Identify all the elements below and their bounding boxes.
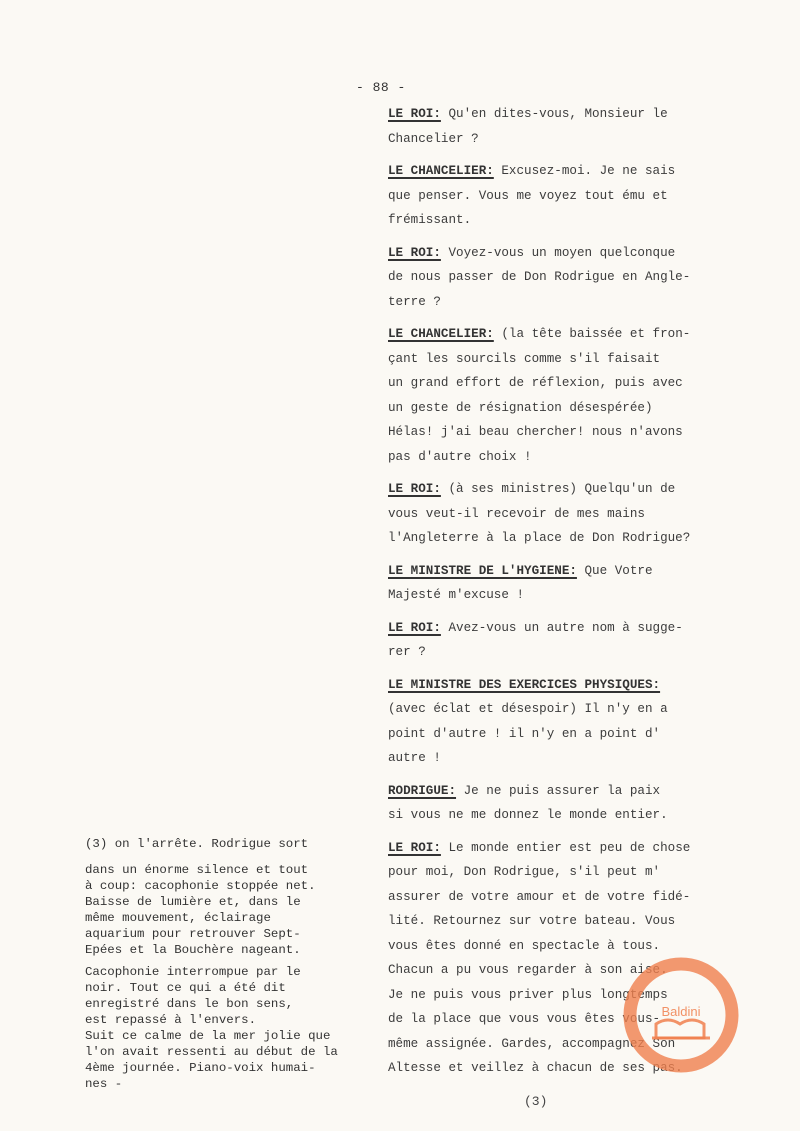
dialogue-line: un grand effort de réflexion, puis avec bbox=[388, 371, 768, 396]
dialogue-line: terre ? bbox=[388, 290, 768, 315]
dialogue-text: Chancelier ? bbox=[388, 132, 479, 146]
dialogue-line: de la place que vous vous êtes vous- bbox=[388, 1007, 768, 1032]
stage-note-line: Suit ce calme de la mer jolie que bbox=[85, 1028, 395, 1044]
dialogue-line: autre ! bbox=[388, 746, 768, 771]
dialogue-line: Je ne puis vous priver plus longtemps bbox=[388, 983, 768, 1008]
dialogue-block: LE CHANCELIER: (la tête baissée et fron-… bbox=[388, 322, 768, 469]
dialogue-text: de la place que vous vous êtes vous- bbox=[388, 1012, 660, 1026]
dialogue-text: Hélas! j'ai beau chercher! nous n'avons bbox=[388, 425, 683, 439]
stage-note-line: dans un énorme silence et tout bbox=[85, 862, 395, 878]
stage-note-line: nes - bbox=[85, 1076, 395, 1092]
page-number: - 88 - bbox=[356, 80, 406, 95]
dialogue-text: Chacun a pu vous regarder à son aise. bbox=[388, 963, 668, 977]
dialogue-line: vous êtes donné en spectacle à tous. bbox=[388, 934, 768, 959]
stage-note-line: noir. Tout ce qui a été dit bbox=[85, 980, 395, 996]
speaker-name: LE ROI: bbox=[388, 482, 441, 496]
dialogue-block: LE MINISTRE DES EXERCICES PHYSIQUES:(ave… bbox=[388, 673, 768, 771]
stage-note-first-line: (3) on l'arrête. Rodrigue sort bbox=[85, 834, 395, 854]
dialogue-line: LE ROI: Voyez-vous un moyen quelconque bbox=[388, 241, 768, 266]
dialogue-line: LE ROI: Qu'en dites-vous, Monsieur le bbox=[388, 102, 768, 127]
stage-note-paragraph: dans un énorme silence et toutà coup: ca… bbox=[85, 862, 395, 958]
stage-notes: (3) on l'arrête. Rodrigue sort dans un é… bbox=[85, 834, 395, 1098]
stage-note-line: aquarium pour retrouver Sept- bbox=[85, 926, 395, 942]
dialogue-line: RODRIGUE: Je ne puis assurer la paix bbox=[388, 779, 768, 804]
dialogue-text: point d'autre ! il n'y en a point d' bbox=[388, 727, 660, 741]
stage-note-line: Epées et la Bouchère nageant. bbox=[85, 942, 395, 958]
dialogue-text: vous veut-il recevoir de mes mains bbox=[388, 507, 645, 521]
dialogue-block: LE CHANCELIER: Excusez-moi. Je ne saisqu… bbox=[388, 159, 768, 233]
dialogue-column: LE ROI: Qu'en dites-vous, Monsieur leCha… bbox=[388, 102, 768, 1089]
speaker-name: RODRIGUE: bbox=[388, 784, 456, 798]
dialogue-block: LE ROI: (à ses ministres) Quelqu'un devo… bbox=[388, 477, 768, 551]
dialogue-text: Que Votre bbox=[585, 564, 653, 578]
dialogue-line: assurer de votre amour et de votre fidé- bbox=[388, 885, 768, 910]
dialogue-line: (avec éclat et désespoir) Il n'y en a bbox=[388, 697, 768, 722]
dialogue-line: LE ROI: (à ses ministres) Quelqu'un de bbox=[388, 477, 768, 502]
speaker-name: LE ROI: bbox=[388, 621, 441, 635]
dialogue-line: si vous ne me donnez le monde entier. bbox=[388, 803, 768, 828]
dialogue-block: LE ROI: Qu'en dites-vous, Monsieur leCha… bbox=[388, 102, 768, 151]
footnote-marker: (3) bbox=[524, 1094, 547, 1109]
dialogue-line: de nous passer de Don Rodrigue en Angle- bbox=[388, 265, 768, 290]
speaker-name: LE MINISTRE DE L'HYGIENE: bbox=[388, 564, 577, 578]
dialogue-text: Avez-vous un autre nom à sugge- bbox=[448, 621, 682, 635]
dialogue-line: l'Angleterre à la place de Don Rodrigue? bbox=[388, 526, 768, 551]
dialogue-text: que penser. Vous me voyez tout ému et bbox=[388, 189, 668, 203]
dialogue-line: même assignée. Gardes, accompagnez Son bbox=[388, 1032, 768, 1057]
dialogue-text: Voyez-vous un moyen quelconque bbox=[448, 246, 675, 260]
stage-note-line: à coup: cacophonie stoppée net. bbox=[85, 878, 395, 894]
dialogue-line: pas d'autre choix ! bbox=[388, 445, 768, 470]
dialogue-text: Qu'en dites-vous, Monsieur le bbox=[448, 107, 667, 121]
speaker-name: LE MINISTRE DES EXERCICES PHYSIQUES: bbox=[388, 678, 660, 692]
dialogue-line: Majesté m'excuse ! bbox=[388, 583, 768, 608]
dialogue-line: Altesse et veillez à chacun de ses pas. bbox=[388, 1056, 768, 1081]
dialogue-text: un geste de résignation désespérée) bbox=[388, 401, 653, 415]
dialogue-text: lité. Retournez sur votre bateau. Vous bbox=[388, 914, 675, 928]
dialogue-text: assurer de votre amour et de votre fidé- bbox=[388, 890, 690, 904]
dialogue-text: (avec éclat et désespoir) Il n'y en a bbox=[388, 702, 668, 716]
dialogue-text: pour moi, Don Rodrigue, s'il peut m' bbox=[388, 865, 660, 879]
dialogue-line: Hélas! j'ai beau chercher! nous n'avons bbox=[388, 420, 768, 445]
stage-note-line: l'on avait ressenti au début de la bbox=[85, 1044, 395, 1060]
stage-note-line: même mouvement, éclairage bbox=[85, 910, 395, 926]
dialogue-text: (la tête baissée et fron- bbox=[501, 327, 690, 341]
dialogue-text: l'Angleterre à la place de Don Rodrigue? bbox=[388, 531, 690, 545]
speaker-name: LE ROI: bbox=[388, 107, 441, 121]
dialogue-line: point d'autre ! il n'y en a point d' bbox=[388, 722, 768, 747]
dialogue-text: vous êtes donné en spectacle à tous. bbox=[388, 939, 660, 953]
dialogue-block: LE ROI: Voyez-vous un moyen quelconquede… bbox=[388, 241, 768, 315]
stage-note-line: Cacophonie interrompue par le bbox=[85, 964, 395, 980]
dialogue-text: çant les sourcils comme s'il faisait bbox=[388, 352, 660, 366]
stage-note-line: enregistré dans le bon sens, bbox=[85, 996, 395, 1012]
stage-note-line: 4ème journée. Piano-voix humai- bbox=[85, 1060, 395, 1076]
dialogue-line: un geste de résignation désespérée) bbox=[388, 396, 768, 421]
dialogue-text: terre ? bbox=[388, 295, 441, 309]
dialogue-line: çant les sourcils comme s'il faisait bbox=[388, 347, 768, 372]
stage-note-line: est repassé à l'envers. bbox=[85, 1012, 395, 1028]
dialogue-line: frémissant. bbox=[388, 208, 768, 233]
dialogue-line: vous veut-il recevoir de mes mains bbox=[388, 502, 768, 527]
dialogue-block: LE ROI: Le monde entier est peu de chose… bbox=[388, 836, 768, 1081]
speaker-name: LE ROI: bbox=[388, 246, 441, 260]
speaker-name: LE ROI: bbox=[388, 841, 441, 855]
dialogue-line: LE MINISTRE DE L'HYGIENE: Que Votre bbox=[388, 559, 768, 584]
dialogue-line: que penser. Vous me voyez tout ému et bbox=[388, 184, 768, 209]
dialogue-line: Chancelier ? bbox=[388, 127, 768, 152]
dialogue-text: frémissant. bbox=[388, 213, 471, 227]
dialogue-text: rer ? bbox=[388, 645, 426, 659]
dialogue-text: si vous ne me donnez le monde entier. bbox=[388, 808, 668, 822]
dialogue-text: (à ses ministres) Quelqu'un de bbox=[448, 482, 675, 496]
dialogue-line: LE MINISTRE DES EXERCICES PHYSIQUES: bbox=[388, 673, 768, 698]
dialogue-text: Excusez-moi. Je ne sais bbox=[501, 164, 675, 178]
dialogue-line: LE CHANCELIER: Excusez-moi. Je ne sais bbox=[388, 159, 768, 184]
dialogue-block: LE ROI: Avez-vous un autre nom à sugge-r… bbox=[388, 616, 768, 665]
dialogue-text: pas d'autre choix ! bbox=[388, 450, 532, 464]
dialogue-text: Je ne puis vous priver plus longtemps bbox=[388, 988, 668, 1002]
dialogue-line: rer ? bbox=[388, 640, 768, 665]
dialogue-text: de nous passer de Don Rodrigue en Angle- bbox=[388, 270, 690, 284]
dialogue-text: Altesse et veillez à chacun de ses pas. bbox=[388, 1061, 683, 1075]
dialogue-block: LE MINISTRE DE L'HYGIENE: Que VotreMajes… bbox=[388, 559, 768, 608]
dialogue-line: LE CHANCELIER: (la tête baissée et fron- bbox=[388, 322, 768, 347]
dialogue-text: Je ne puis assurer la paix bbox=[464, 784, 661, 798]
dialogue-line: pour moi, Don Rodrigue, s'il peut m' bbox=[388, 860, 768, 885]
dialogue-text: Le monde entier est peu de chose bbox=[448, 841, 690, 855]
speaker-name: LE CHANCELIER: bbox=[388, 164, 494, 178]
speaker-name: LE CHANCELIER: bbox=[388, 327, 494, 341]
dialogue-line: LE ROI: Le monde entier est peu de chose bbox=[388, 836, 768, 861]
dialogue-text: autre ! bbox=[388, 751, 441, 765]
dialogue-text: même assignée. Gardes, accompagnez Son bbox=[388, 1037, 675, 1051]
dialogue-line: Chacun a pu vous regarder à son aise. bbox=[388, 958, 768, 983]
dialogue-block: RODRIGUE: Je ne puis assurer la paixsi v… bbox=[388, 779, 768, 828]
dialogue-line: lité. Retournez sur votre bateau. Vous bbox=[388, 909, 768, 934]
dialogue-text: Majesté m'excuse ! bbox=[388, 588, 524, 602]
stage-note-line: Baisse de lumière et, dans le bbox=[85, 894, 395, 910]
dialogue-line: LE ROI: Avez-vous un autre nom à sugge- bbox=[388, 616, 768, 641]
dialogue-text: un grand effort de réflexion, puis avec bbox=[388, 376, 683, 390]
stage-note-paragraph: Cacophonie interrompue par lenoir. Tout … bbox=[85, 964, 395, 1092]
